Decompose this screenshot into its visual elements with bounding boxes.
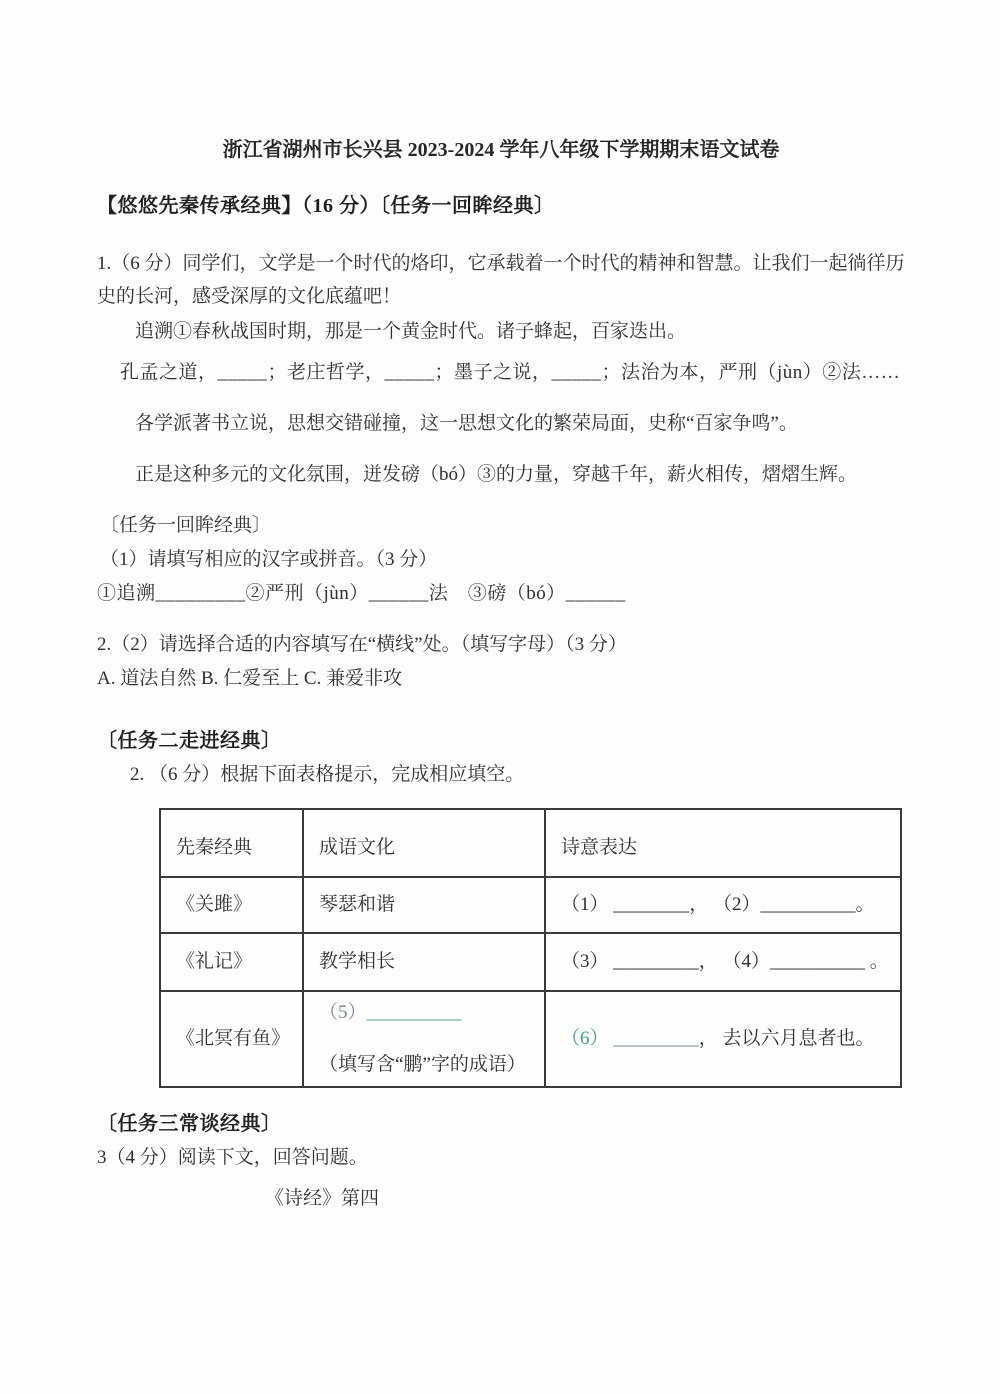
table-cell-poetic: （1） ________， （2）__________。 (545, 877, 901, 933)
question-2-options: A. 道法自然 B. 仁爱至上 C. 兼爱非攻 (97, 664, 905, 694)
paragraph-power: 正是这种多元的文化氛围，迸发磅（bó）③的力量，穿越千年，薪火相传，熠熠生辉。 (97, 460, 905, 490)
table-cell-idiom: 琴瑟和谐 (303, 877, 545, 933)
question-1-sub1: （1）请填写相应的汉字或拼音。（3 分） (97, 545, 905, 575)
question-1-line1: 1.（6 分）同学们，文学是一个时代的烙印，它承载着一个时代的精神和智慧。让我们… (97, 247, 905, 280)
paragraph-trace: 追溯①春秋战国时期，那是一个黄金时代。诸子蜂起，百家迭出。 (97, 317, 905, 347)
table-header-classic: 先秦经典 (160, 809, 303, 877)
question-1-line2: 史的长河，感受深厚的文化底蕴吧！ (97, 280, 905, 313)
table-cell-classic: 《关雎》 (160, 877, 303, 933)
task3-heading: 〔任务三常谈经典〕 (97, 1109, 905, 1139)
question-2-sub2: 2.（2）请选择合适的内容填写在“横线”处。（填写字母）（3 分） (97, 630, 905, 660)
task2-heading: 〔任务二走进经典〕 (97, 726, 905, 756)
paragraph-contend: 各学派著书立说，思想交错碰撞，这一思想文化的繁荣局面，史称“百家争鸣”。 (97, 409, 905, 439)
exam-paper-page: 浙江省湖州市长兴县 2023-2024 学年八年级下学期期末语文试卷 【悠悠先秦… (0, 0, 1000, 1394)
section-heading: 【悠悠先秦传承经典】（16 分）〔任务一回眸经典〕 (97, 191, 905, 221)
table-cell-classic: 《北冥有鱼》 (160, 991, 303, 1087)
page-title: 浙江省湖州市长兴县 2023-2024 学年八年级下学期期末语文试卷 (97, 135, 905, 165)
question-1-sub1-blanks: ①追溯_________②严刑（jùn）______法 ③磅（bó）______ (97, 579, 905, 609)
blank-underline-5: __________ (367, 1002, 462, 1023)
task1-label: 〔任务一回眸经典〕 (97, 511, 905, 541)
table-row: 《关雎》 琴瑟和谐 （1） ________， （2）__________。 (160, 877, 901, 933)
table-cell-poetic: （3） _________， （4）__________ 。 (545, 933, 901, 991)
exam-content: 浙江省湖州市长兴县 2023-2024 学年八年级下学期期末语文试卷 【悠悠先秦… (0, 135, 1000, 1394)
idiom-blank-line: （5）__________ (319, 998, 534, 1028)
paragraph-schools-blanks: 孔孟之道，_____；老庄哲学，_____；墨子之说，_____；法治为本，严刑… (97, 358, 905, 388)
table-cell-classic: 《礼记》 (160, 933, 303, 991)
table-cell-idiom: 教学相长 (303, 933, 545, 991)
idiom-note: （填写含“鹏”字的成语） (319, 1050, 534, 1080)
question-3-intro: 3（4 分）阅读下文，回答问题。 (97, 1143, 905, 1173)
blank-number-5: （5） (319, 1002, 367, 1023)
blank-underline-6: _________ (613, 1028, 699, 1049)
classics-table: 先秦经典 成语文化 诗意表达 《关雎》 琴瑟和谐 （1） ________， （… (159, 808, 902, 1088)
poetic-rest-text: ， 去以六月息者也。 (699, 1028, 875, 1049)
table-cell-poetic: （6） _________， 去以六月息者也。 (545, 991, 901, 1087)
table-row: 《北冥有鱼》 （5）__________ （填写含“鹏”字的成语） （6） __… (160, 991, 901, 1087)
table-header-row: 先秦经典 成语文化 诗意表达 (160, 809, 901, 877)
bottom-whitespace (97, 1214, 905, 1334)
question-2-intro: 2. （6 分）根据下面表格提示，完成相应填空。 (97, 760, 905, 790)
table-header-poetic: 诗意表达 (545, 809, 901, 877)
question-3-source: 《诗经》第四 (97, 1184, 905, 1214)
question-1-text: 1.（6 分）同学们，文学是一个时代的烙印，它承载着一个时代的精神和智慧。让我们… (97, 247, 905, 313)
table-cell-idiom: （5）__________ （填写含“鹏”字的成语） (303, 991, 545, 1087)
table-row: 《礼记》 教学相长 （3） _________， （4）__________ 。 (160, 933, 901, 991)
table-header-idiom: 成语文化 (303, 809, 545, 877)
blank-number-6: （6） (561, 1028, 609, 1049)
